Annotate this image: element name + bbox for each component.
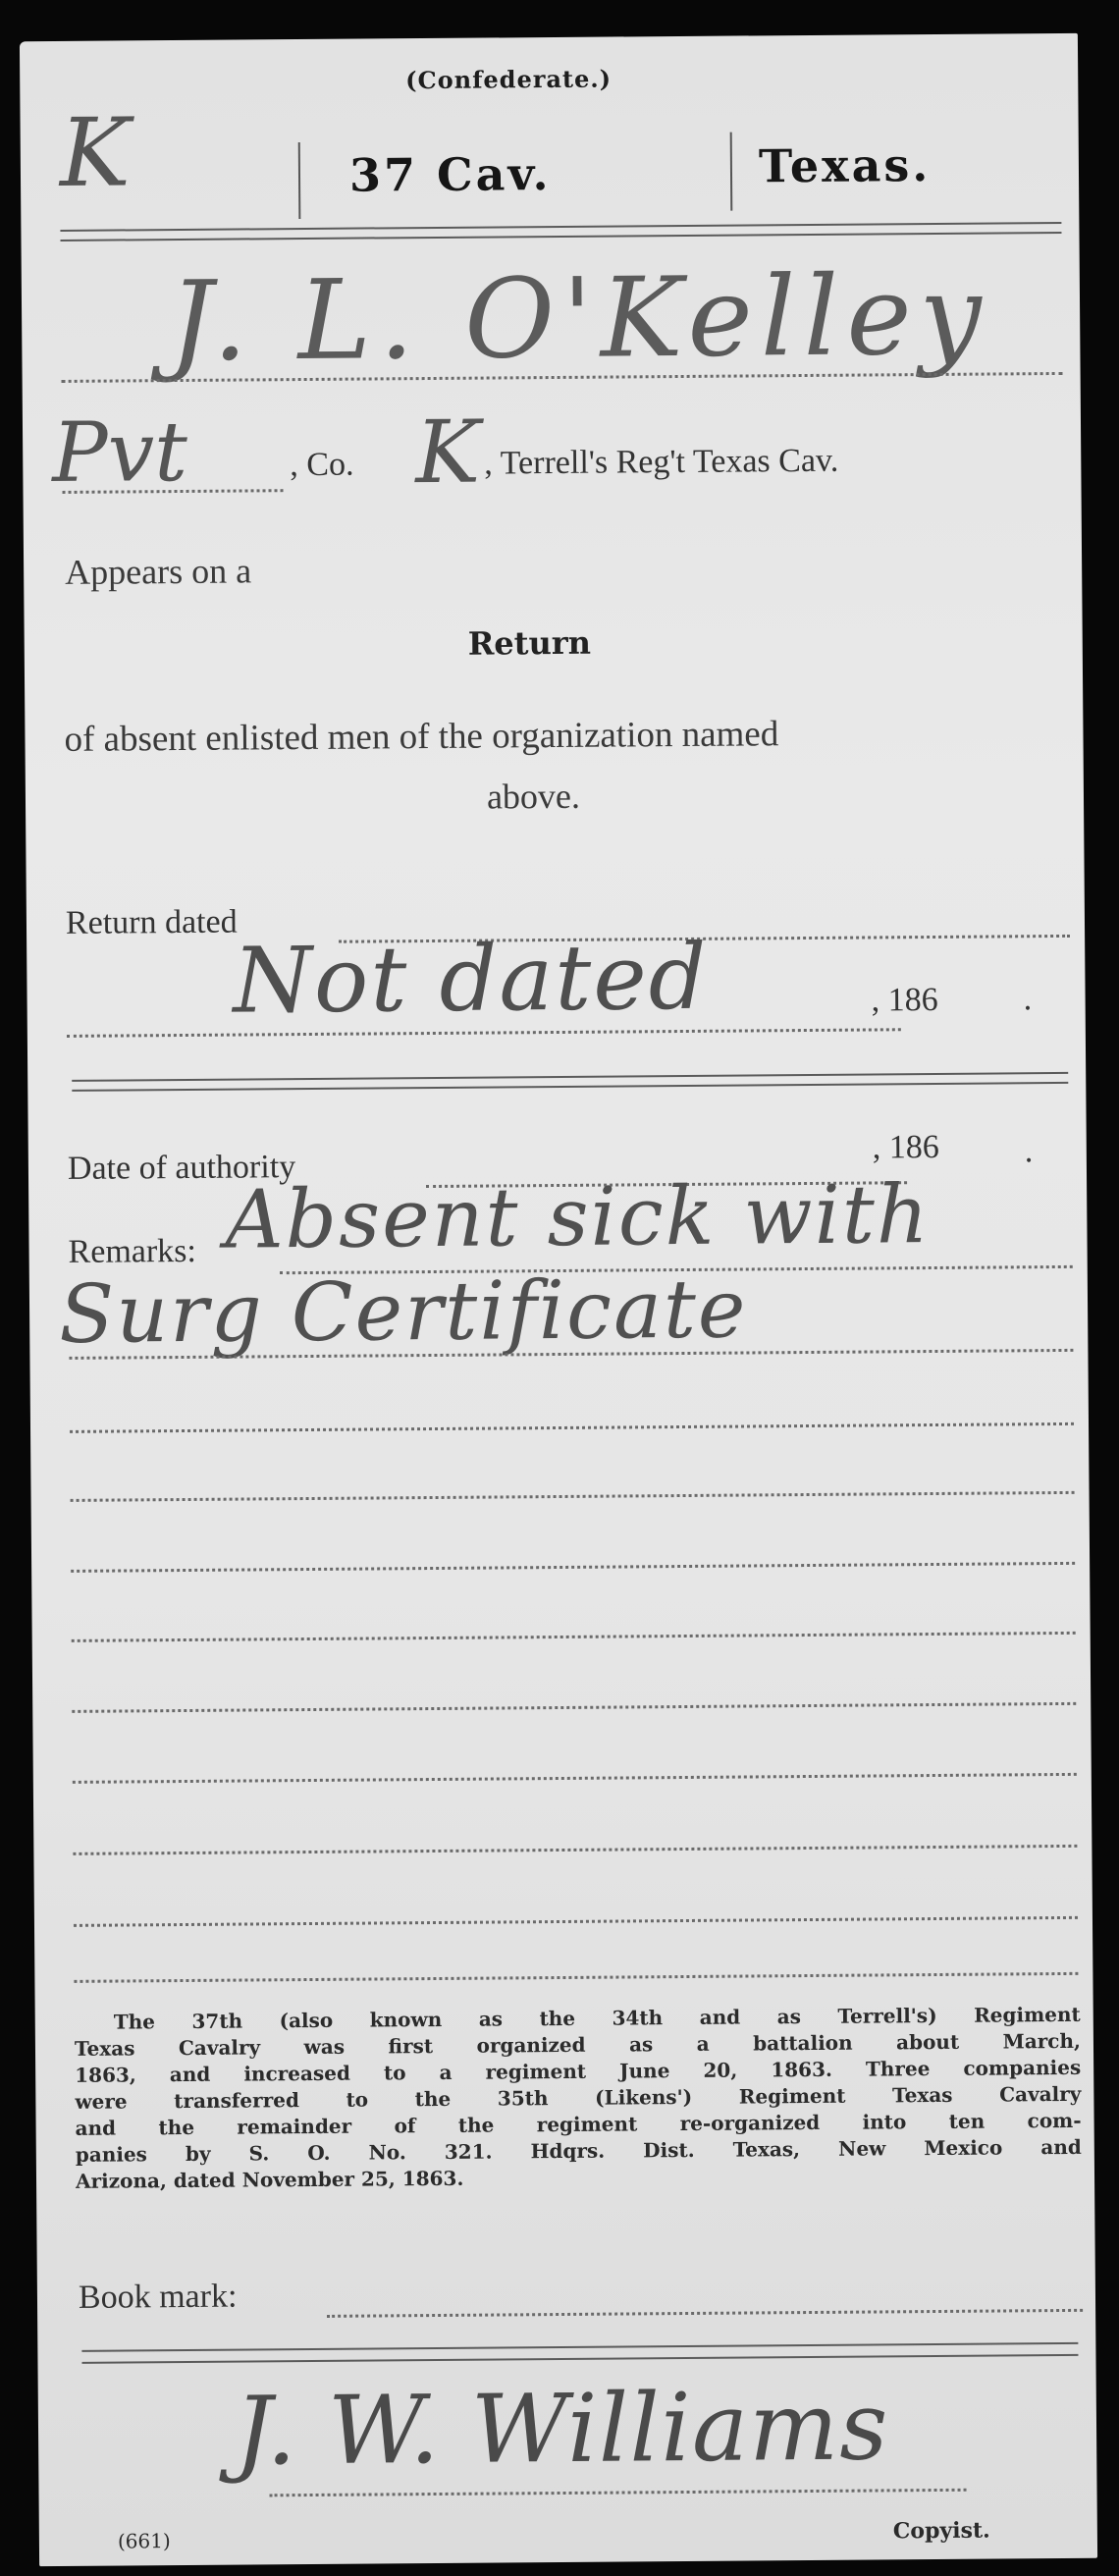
- remarks-line-2-handwritten: Surg Certificate: [59, 1262, 748, 1362]
- remarks-dotted-line: [72, 1702, 1076, 1713]
- rank-handwritten: Pvt: [52, 403, 187, 501]
- company-mark-handwritten: K: [59, 97, 131, 208]
- confederate-heading: (Confederate.): [405, 65, 612, 95]
- bookmark-dotted-line: [327, 2309, 1083, 2318]
- section-rule: [72, 1082, 1068, 1092]
- remarks-dotted-line: [74, 1916, 1078, 1927]
- remarks-dotted-line: [71, 1562, 1075, 1573]
- date-of-authority-period: .: [1025, 1133, 1034, 1170]
- signature-dotted-line: [270, 2489, 967, 2497]
- header-rule: [61, 232, 1062, 241]
- soldier-name-handwritten: J. L. O'Kelley: [169, 252, 990, 387]
- record-type-title: Return: [468, 624, 591, 663]
- regiment-history-note: The 37th (also known as the 34th and as …: [75, 2002, 1082, 2195]
- bookmark-rule: [81, 2342, 1078, 2352]
- return-dated-period: .: [1023, 981, 1032, 1018]
- bookmark-rule: [81, 2354, 1078, 2364]
- description-line-2: above.: [487, 776, 580, 818]
- remarks-dotted-line: [74, 1972, 1078, 1983]
- remarks-dotted-line: [72, 1632, 1076, 1642]
- header-divider: [298, 142, 301, 219]
- form-number: (661): [118, 2529, 171, 2552]
- remarks-dotted-line: [73, 1845, 1077, 1855]
- date-of-authority-year: , 186: [873, 1129, 939, 1167]
- remarks-label: Remarks:: [68, 1233, 196, 1271]
- return-dated-year: , 186: [871, 982, 937, 1020]
- regiment-heading: 37 Cav.: [349, 147, 552, 202]
- unit-text: , Terrell's Reg't Texas Cav.: [484, 443, 838, 483]
- remarks-line-1-handwritten: Absent sick with: [225, 1168, 931, 1267]
- record-card: (Confederate.) K 37 Cav. Texas. J. L. O'…: [20, 33, 1097, 2566]
- bookmark-label: Book mark:: [79, 2279, 238, 2317]
- remarks-dotted-line: [73, 1773, 1077, 1784]
- return-dated-value-handwritten: Not dated: [233, 925, 709, 1034]
- return-dated-label: Return dated: [66, 904, 238, 942]
- copyist-label: Copyist.: [893, 2518, 990, 2545]
- appears-on-label: Appears on a: [65, 550, 251, 592]
- description-line-1: of absent enlisted men of the organizati…: [64, 713, 778, 761]
- copyist-signature-handwritten: J. W. Williams: [235, 2371, 889, 2486]
- header-divider: [730, 133, 733, 211]
- remarks-dotted-line: [71, 1491, 1075, 1502]
- state-heading: Texas.: [759, 138, 932, 192]
- company-handwritten: K: [415, 402, 481, 504]
- remarks-dotted-line: [70, 1422, 1074, 1433]
- company-label: , Co.: [290, 447, 353, 485]
- header-rule: [60, 222, 1061, 232]
- section-rule: [72, 1072, 1068, 1082]
